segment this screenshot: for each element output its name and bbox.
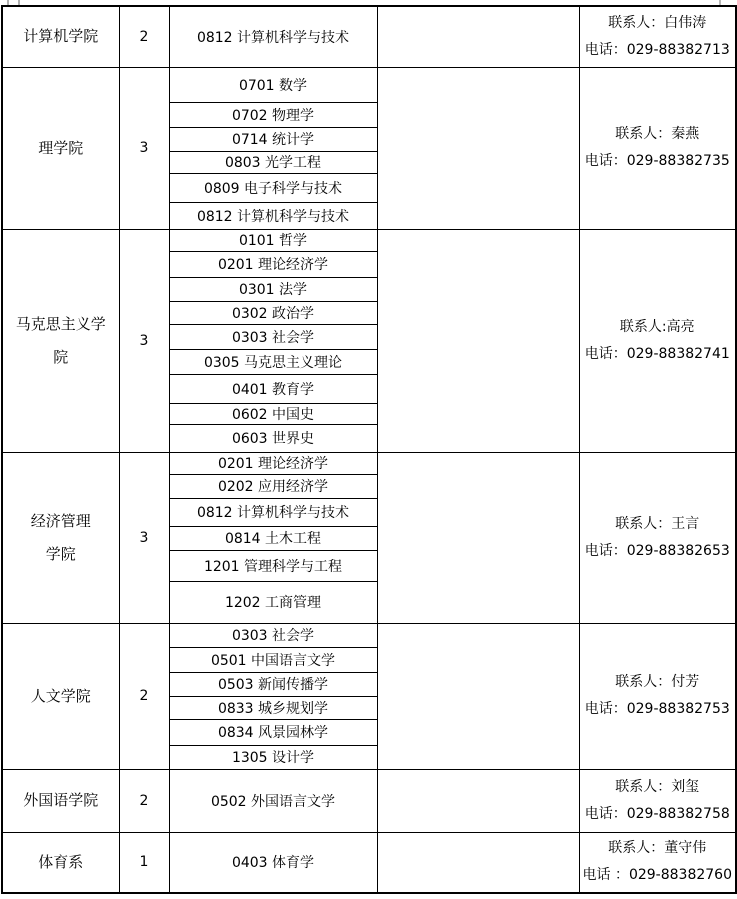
contact-cell: 联系人：王言电话：029-88382653 — [579, 452, 736, 623]
discipline-cell: 0503 新闻传播学 — [169, 672, 377, 696]
contact-phone: 电话：029-88382758 — [580, 801, 736, 828]
discipline-cell: 0814 土木工程 — [169, 526, 377, 550]
discipline-cell: 0702 物理学 — [169, 102, 377, 127]
discipline-cell: 1202 工商管理 — [169, 581, 377, 623]
college-name-line: 人文学院 — [3, 680, 119, 713]
contact-cell: 联系人：秦燕电话：029-88382735 — [579, 67, 736, 229]
college-name-cell: 人文学院 — [2, 623, 119, 769]
discipline-cell: 0101 哲学 — [169, 229, 377, 251]
empty-cell — [377, 832, 579, 893]
contact-name: 联系人:高亮 — [580, 314, 736, 341]
contact-name: 联系人：刘玺 — [580, 774, 736, 801]
college-name-line: 学院 — [3, 538, 119, 571]
college-name-line: 计算机学院 — [3, 20, 119, 53]
discipline-cell: 0502 外国语言文学 — [169, 769, 377, 832]
college-name-cell: 经济管理学院 — [2, 452, 119, 623]
contact-name: 联系人：白伟涛 — [580, 10, 736, 37]
table-body: 计算机学院20812 计算机科学与技术联系人：白伟涛电话：029-8838271… — [2, 6, 736, 893]
contact-cell: 联系人:高亮电话：029-88382741 — [579, 229, 736, 452]
quota-cell: 1 — [119, 832, 169, 893]
quota-cell: 3 — [119, 229, 169, 452]
empty-cell — [377, 769, 579, 832]
quota-cell: 2 — [119, 6, 169, 67]
college-name-line: 院 — [3, 341, 119, 374]
departments-contact-table: 计算机学院20812 计算机科学与技术联系人：白伟涛电话：029-8838271… — [1, 5, 737, 894]
college-name-cell: 外国语学院 — [2, 769, 119, 832]
discipline-cell: 1201 管理科学与工程 — [169, 550, 377, 581]
discipline-cell: 0701 数学 — [169, 67, 377, 102]
discipline-cell: 0603 世界史 — [169, 424, 377, 452]
discipline-cell: 0803 光学工程 — [169, 151, 377, 173]
contact-phone: 电话：029-88382741 — [580, 341, 736, 368]
empty-cell — [377, 6, 579, 67]
discipline-cell: 0501 中国语言文学 — [169, 647, 377, 672]
discipline-cell: 0812 计算机科学与技术 — [169, 6, 377, 67]
discipline-cell: 0301 法学 — [169, 277, 377, 301]
table-row: 体育系10403 体育学联系人：董守伟电话 ：029-88382760 — [2, 832, 736, 893]
table-row: 人文学院20303 社会学联系人：付芳电话：029-88382753 — [2, 623, 736, 647]
table-row: 计算机学院20812 计算机科学与技术联系人：白伟涛电话：029-8838271… — [2, 6, 736, 67]
empty-cell — [377, 67, 579, 229]
table-row: 马克思主义学院30101 哲学联系人:高亮电话：029-88382741 — [2, 229, 736, 251]
discipline-cell: 0714 统计学 — [169, 127, 377, 151]
college-name-line: 经济管理 — [3, 505, 119, 538]
discipline-cell: 0201 理论经济学 — [169, 452, 377, 474]
contact-cell: 联系人：白伟涛电话：029-88382713 — [579, 6, 736, 67]
table-row: 理学院30701 数学联系人：秦燕电话：029-88382735 — [2, 67, 736, 102]
contact-phone: 电话：029-88382735 — [580, 148, 736, 175]
discipline-cell: 0403 体育学 — [169, 832, 377, 893]
empty-cell — [377, 452, 579, 623]
contact-name: 联系人：付芳 — [580, 669, 736, 696]
college-name-line: 外国语学院 — [3, 784, 119, 817]
college-name-line: 理学院 — [3, 132, 119, 165]
contact-name: 联系人：董守伟 — [580, 835, 736, 862]
discipline-cell: 0202 应用经济学 — [169, 474, 377, 498]
college-name-line: 体育系 — [3, 846, 119, 879]
empty-cell — [377, 229, 579, 452]
discipline-cell: 0834 风景园林学 — [169, 719, 377, 745]
discipline-cell: 0809 电子科学与技术 — [169, 173, 377, 202]
discipline-cell: 0303 社会学 — [169, 324, 377, 349]
table-row: 经济管理学院30201 理论经济学联系人：王言电话：029-88382653 — [2, 452, 736, 474]
discipline-cell: 0602 中国史 — [169, 403, 377, 424]
quota-cell: 2 — [119, 769, 169, 832]
discipline-cell: 0303 社会学 — [169, 623, 377, 647]
table-row: 外国语学院20502 外国语言文学联系人：刘玺电话：029-88382758 — [2, 769, 736, 832]
discipline-cell: 0401 教育学 — [169, 374, 377, 403]
contact-cell: 联系人：刘玺电话：029-88382758 — [579, 769, 736, 832]
discipline-cell: 0812 计算机科学与技术 — [169, 498, 377, 526]
discipline-cell: 0833 城乡规划学 — [169, 696, 377, 719]
contact-phone: 电话：029-88382753 — [580, 696, 736, 723]
discipline-cell: 0302 政治学 — [169, 301, 377, 324]
discipline-cell: 0201 理论经济学 — [169, 251, 377, 277]
contact-name: 联系人：秦燕 — [580, 121, 736, 148]
college-name-cell: 计算机学院 — [2, 6, 119, 67]
college-name-cell: 理学院 — [2, 67, 119, 229]
college-name-cell: 体育系 — [2, 832, 119, 893]
quota-cell: 3 — [119, 67, 169, 229]
empty-cell — [377, 623, 579, 769]
discipline-cell: 0812 计算机科学与技术 — [169, 202, 377, 229]
document-page: 计算机学院20812 计算机科学与技术联系人：白伟涛电话：029-8838271… — [0, 0, 737, 899]
college-name-line: 马克思主义学 — [3, 308, 119, 341]
contact-name: 联系人：王言 — [580, 511, 736, 538]
discipline-cell: 1305 设计学 — [169, 745, 377, 769]
college-name-cell: 马克思主义学院 — [2, 229, 119, 452]
discipline-cell: 0305 马克思主义理论 — [169, 349, 377, 374]
contact-phone: 电话 ：029-88382760 — [580, 862, 736, 889]
contact-cell: 联系人：董守伟电话 ：029-88382760 — [579, 832, 736, 893]
contact-cell: 联系人：付芳电话：029-88382753 — [579, 623, 736, 769]
contact-phone: 电话：029-88382653 — [580, 538, 736, 565]
contact-phone: 电话：029-88382713 — [580, 37, 736, 64]
quota-cell: 2 — [119, 623, 169, 769]
quota-cell: 3 — [119, 452, 169, 623]
